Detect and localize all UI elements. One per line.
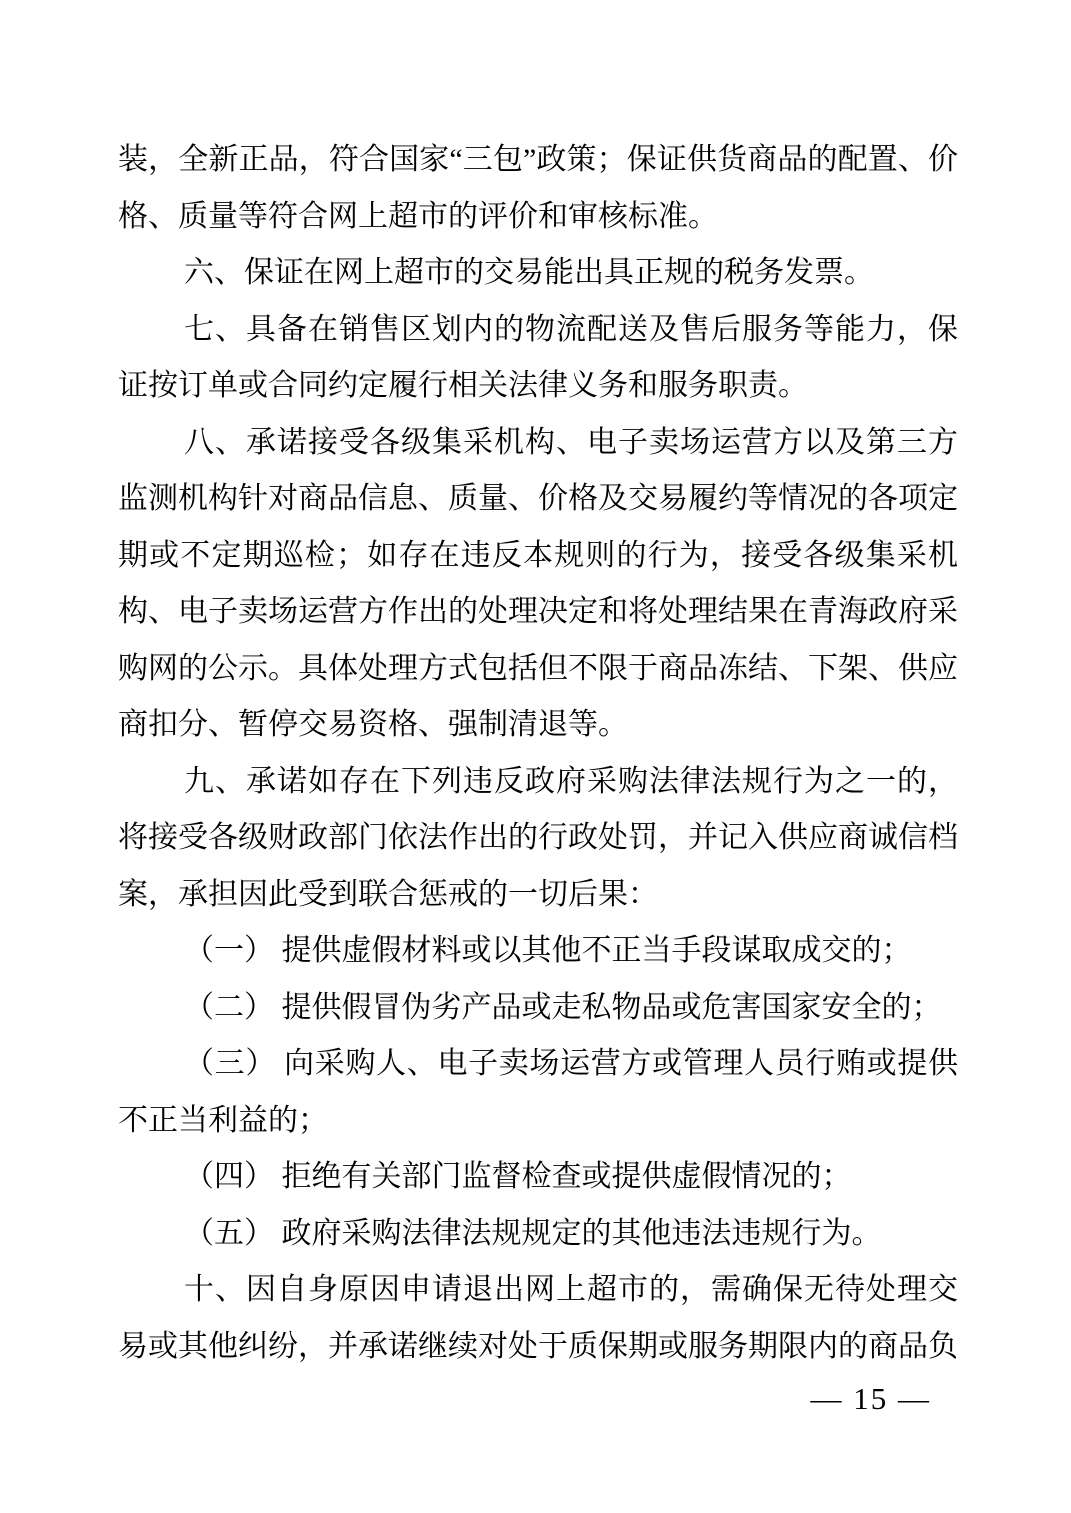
- paragraph-item-7: 七、具备在销售区划内的物流配送及售后服务等能力，保证按订单或合同约定履行相关法律…: [118, 302, 958, 415]
- document-page: 装，全新正品，符合国家“三包”政策；保证供货商品的配置、价格、质量等符合网上超市…: [0, 0, 1071, 1513]
- paragraph-item-9: 九、承诺如存在下列违反政府采购法律法规行为之一的，将接受各级财政部门依法作出的行…: [118, 754, 958, 924]
- paragraph-item-8: 八、承诺接受各级集采机构、电子卖场运营方以及第三方监测机构针对商品信息、质量、价…: [118, 415, 958, 754]
- paragraph-subitem-2: （二） 提供假冒伪劣产品或走私物品或危害国家安全的；: [118, 980, 958, 1037]
- paragraph-item-6: 六、保证在网上超市的交易能出具正规的税务发票。: [118, 245, 958, 302]
- paragraph-continuation: 装，全新正品，符合国家“三包”政策；保证供货商品的配置、价格、质量等符合网上超市…: [118, 132, 958, 245]
- page-number: — 15 —: [811, 1382, 932, 1416]
- paragraph-subitem-5: （五） 政府采购法律法规规定的其他违法违规行为。: [118, 1206, 958, 1263]
- paragraph-subitem-3: （三） 向采购人、电子卖场运营方或管理人员行贿或提供不正当利益的；: [118, 1036, 958, 1149]
- paragraph-item-10: 十、因自身原因申请退出网上超市的，需确保无待处理交易或其他纠纷，并承诺继续对处于…: [118, 1262, 958, 1375]
- page-body-text: 装，全新正品，符合国家“三包”政策；保证供货商品的配置、价格、质量等符合网上超市…: [118, 132, 958, 1375]
- paragraph-subitem-1: （一） 提供虚假材料或以其他不正当手段谋取成交的；: [118, 923, 958, 980]
- paragraph-subitem-4: （四） 拒绝有关部门监督检查或提供虚假情况的；: [118, 1149, 958, 1206]
